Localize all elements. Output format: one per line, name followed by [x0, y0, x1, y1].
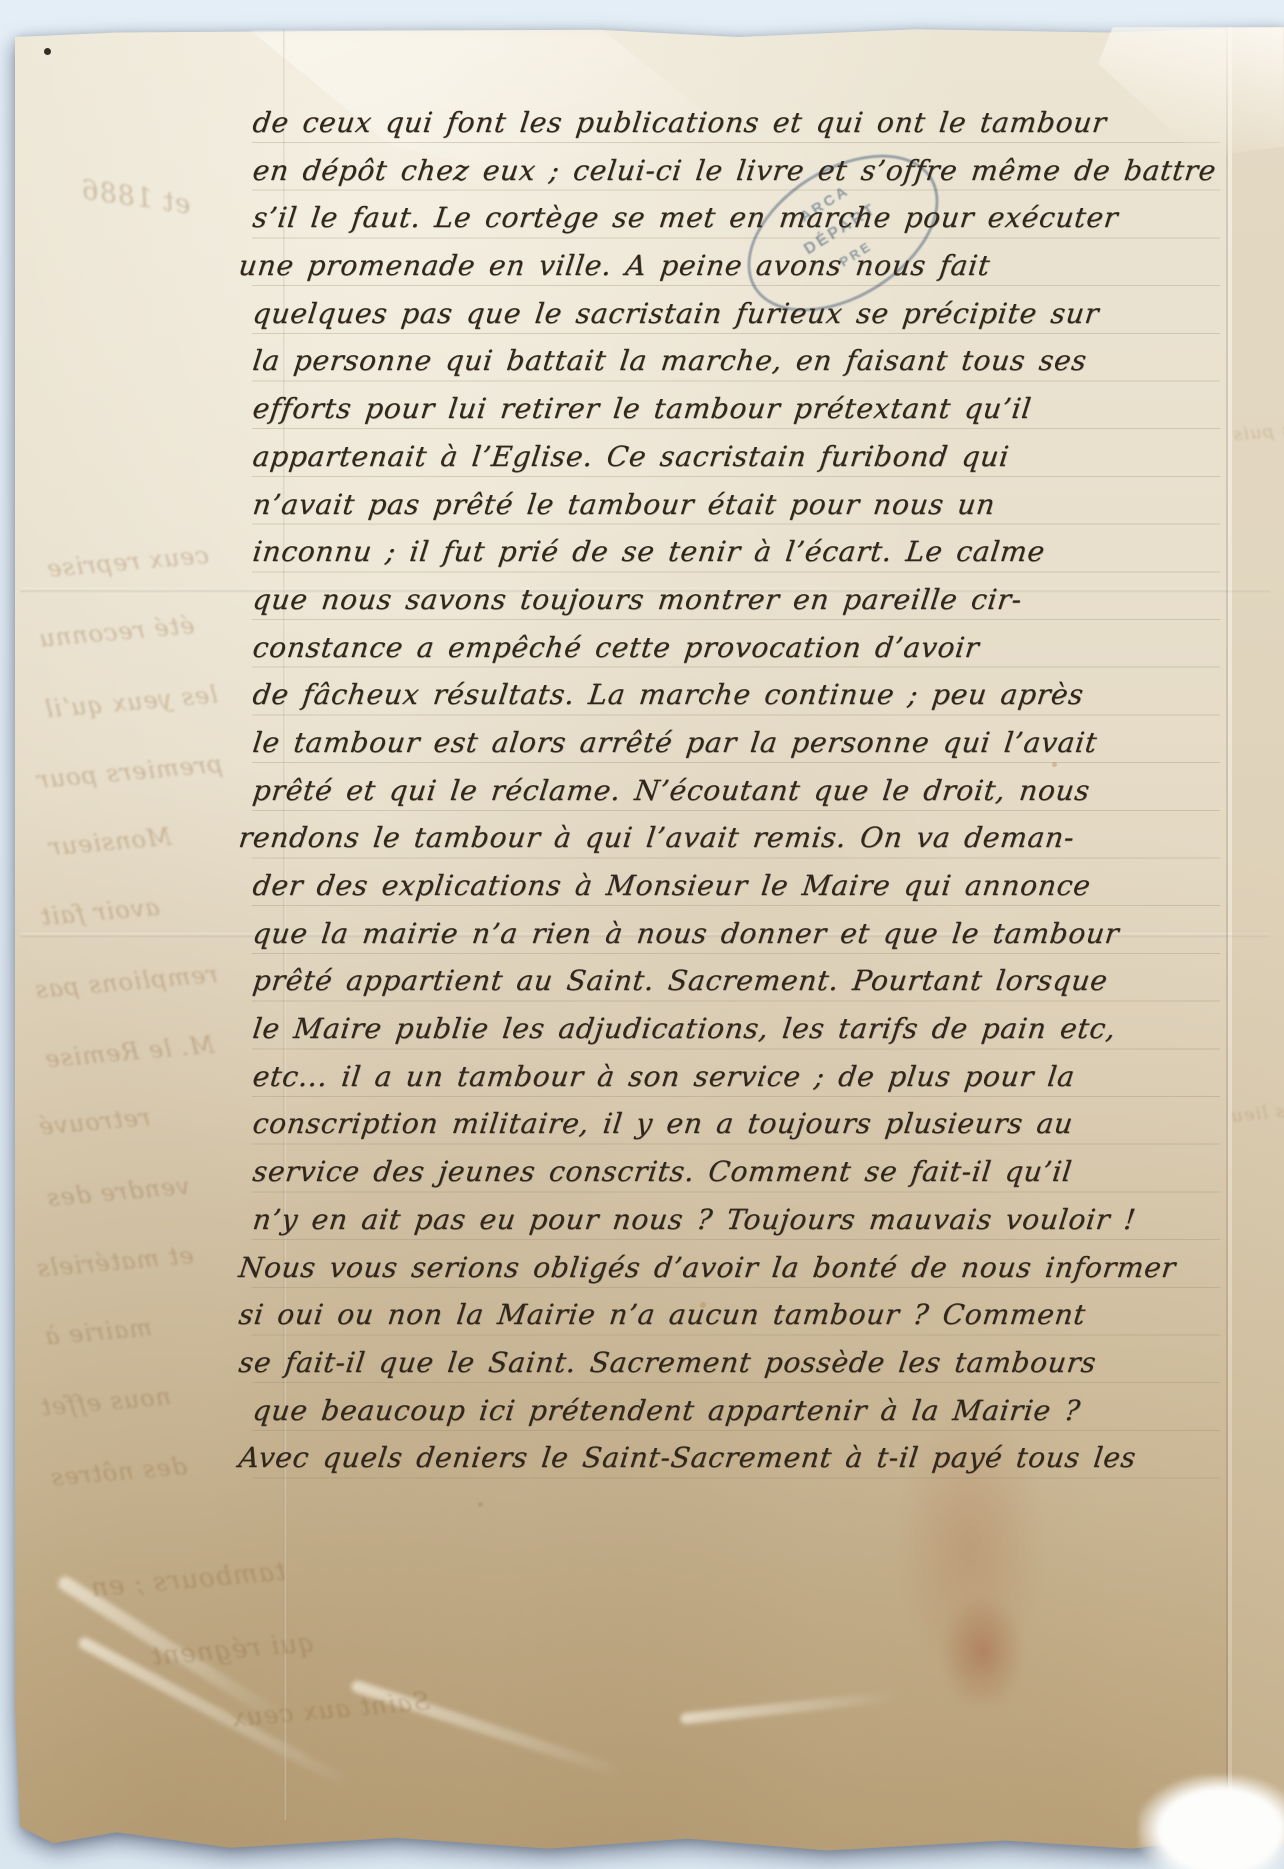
handwritten-line: la personne qui battait la marche, en fa… — [250, 337, 1266, 385]
handwritten-line: n’avait pas prêté le tambour était pour … — [250, 481, 1266, 529]
handwritten-line: que nous savons toujours montrer en pare… — [250, 576, 1266, 624]
letter-scan: et 1886 ceux reprise été reconnu les yeu… — [0, 0, 1284, 1869]
handwritten-line: rendons le tambour à qui l’avait remis. … — [236, 814, 1266, 862]
handwritten-line: appartenait à l’Eglise. Ce sacristain fu… — [250, 433, 1266, 481]
foxing-spot — [478, 1502, 483, 1507]
ink-stain — [940, 1595, 1025, 1710]
handwritten-line: que la mairie n’a rien à nous donner et … — [250, 910, 1266, 958]
handwritten-line: service des jeunes conscrits. Comment se… — [250, 1148, 1266, 1196]
handwritten-line: Nous vous serions obligés d’avoir la bon… — [236, 1244, 1266, 1292]
handwritten-line: conscription militaire, il y en a toujou… — [250, 1100, 1266, 1148]
handwritten-line: prêté appartient au Saint. Sacrement. Po… — [250, 957, 1266, 1005]
handwritten-line: de ceux qui font les publications et qui… — [250, 99, 1266, 147]
handwritten-line: se fait-il que le Saint. Sacrement possè… — [236, 1339, 1266, 1387]
handwritten-line: en dépôt chez eux ; celui-ci le livre et… — [250, 147, 1266, 195]
handwritten-line: quelques pas que le sacristain furieux s… — [250, 290, 1266, 338]
handwritten-line: constance a empêché cette provocation d’… — [250, 624, 1266, 672]
handwritten-line: inconnu ; il fut prié de se tenir à l’éc… — [250, 528, 1266, 576]
ink-speck — [44, 48, 51, 55]
handwritten-line: le Maire publie les adjudications, les t… — [250, 1005, 1266, 1053]
handwritten-line: que beaucoup ici prétendent appartenir à… — [250, 1387, 1266, 1435]
handwritten-line: s’il le faut. Le cortège se met en march… — [250, 194, 1266, 242]
handwritten-line: efforts pour lui retirer le tambour prét… — [250, 385, 1266, 433]
handwritten-line: der des explications à Monsieur le Maire… — [250, 862, 1266, 910]
handwritten-line: si oui ou non la Mairie n’a aucun tambou… — [236, 1291, 1266, 1339]
handwritten-line: prêté et qui le réclame. N’écoutant que … — [250, 767, 1266, 815]
handwritten-line: une promenade en ville. A peine avons no… — [236, 242, 1266, 290]
handwritten-line: Avec quels deniers le Saint-Sacrement à … — [236, 1434, 1266, 1482]
handwritten-line: etc... il a un tambour à son service ; d… — [250, 1053, 1266, 1101]
letter-body: de ceux qui font les publications et qui… — [250, 99, 1260, 1482]
handwritten-line: le tambour est alors arrêté par la perso… — [250, 719, 1266, 767]
handwritten-line: de fâcheux résultats. La marche continue… — [250, 671, 1266, 719]
white-paper-fragment — [1138, 1775, 1284, 1869]
handwritten-line: n’y en ait pas eu pour nous ? Toujours m… — [250, 1196, 1266, 1244]
